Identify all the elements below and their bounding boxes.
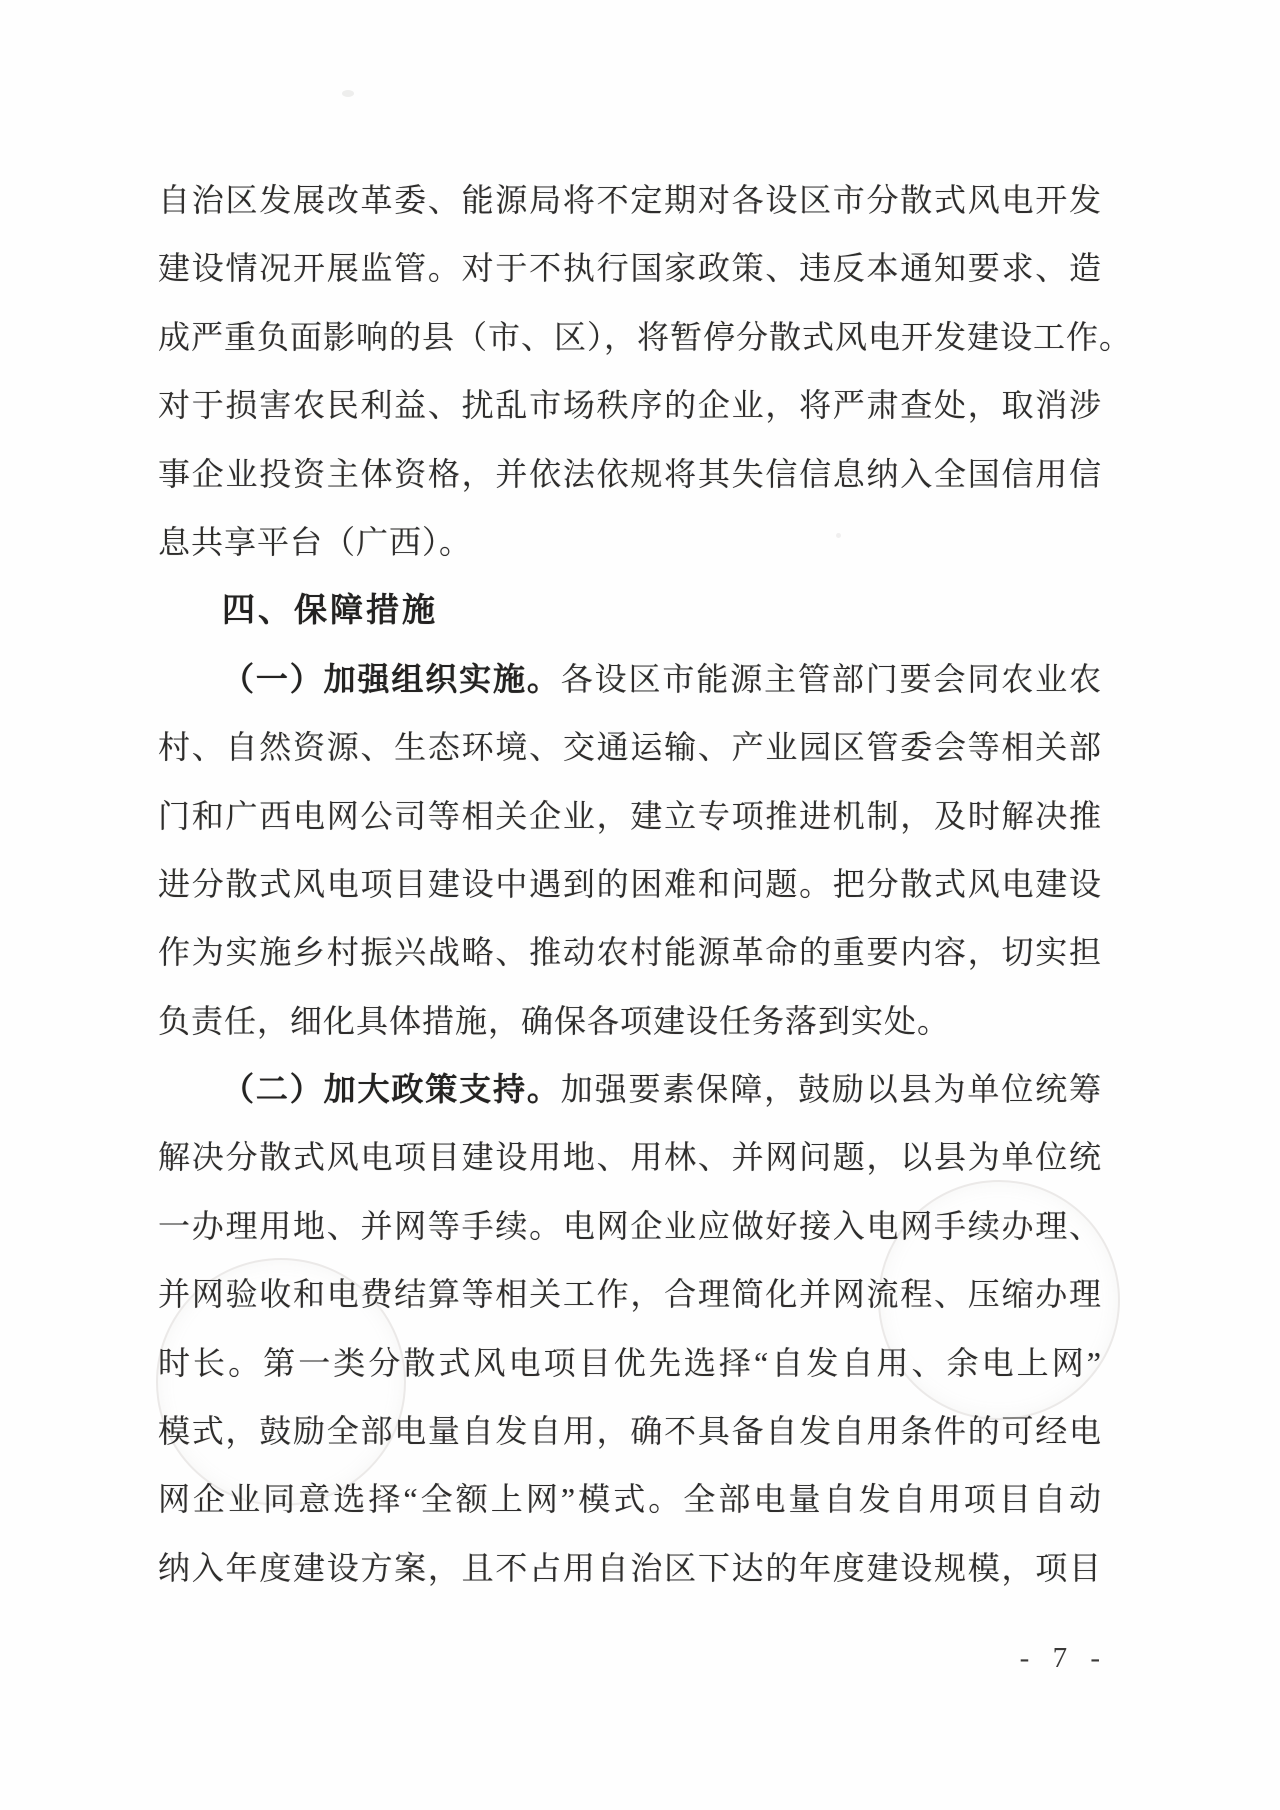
body-line: 门和广西电网公司等相关企业，建立专项推进机制，及时解决推 — [158, 782, 1102, 850]
paragraph-lead-rest: 各设区市能源主管部门要会同农业农 — [561, 661, 1102, 697]
body-line: 网企业同意选择“全额上网”模式。全部电量自发自用项目自动 — [158, 1465, 1102, 1533]
body-line: 进分散式风电项目建设中遇到的困难和问题。把分散式风电建设 — [158, 850, 1102, 918]
body-line: 事企业投资主体资格，并依法依规将其失信信息纳入全国信用信 — [158, 440, 1102, 508]
body-line: 息共享平台（广西）。 — [158, 508, 1102, 576]
paragraph-lead-rest: 加强要素保障，鼓励以县为单位统筹 — [561, 1071, 1102, 1107]
section-heading: 四、保障措施 — [158, 576, 1102, 644]
scan-speck — [342, 90, 354, 97]
body-line: 时长。第一类分散式风电项目优先选择“自发自用、余电上网” — [158, 1329, 1102, 1397]
body-line: （二）加大政策支持。加强要素保障，鼓励以县为单位统筹 — [158, 1055, 1102, 1123]
body-line: （一）加强组织实施。各设区市能源主管部门要会同农业农 — [158, 645, 1102, 713]
body-line: 村、自然资源、生态环境、交通运输、产业园区管委会等相关部 — [158, 713, 1102, 781]
body-line: 建设情况开展监管。对于不执行国家政策、违反本通知要求、造 — [158, 234, 1102, 302]
body-line: 负责任，细化具体措施，确保各项建设任务落到实处。 — [158, 987, 1102, 1055]
body-line: 成严重负面影响的县（市、区），将暂停分散式风电开发建设工作。 — [158, 303, 1102, 371]
body-line: 解决分散式风电项目建设用地、用林、并网问题，以县为单位统 — [158, 1123, 1102, 1191]
body-line: 并网验收和电费结算等相关工作，合理简化并网流程、压缩办理 — [158, 1260, 1102, 1328]
page-number: - 7 - — [1020, 1642, 1108, 1675]
scanned-document-page: 自治区发展改革委、能源局将不定期对各设区市分散式风电开发 建设情况开展监管。对于… — [0, 0, 1280, 1810]
body-line: 模式，鼓励全部电量自发自用，确不具备自发自用条件的可经电 — [158, 1397, 1102, 1465]
body-line: 对于损害农民利益、扰乱市场秩序的企业，将严肃查处，取消涉 — [158, 371, 1102, 439]
body-line: 作为实施乡村振兴战略、推动农村能源革命的重要内容，切实担 — [158, 918, 1102, 986]
document-text-block: 自治区发展改革委、能源局将不定期对各设区市分散式风电开发 建设情况开展监管。对于… — [158, 166, 1102, 1602]
paragraph-lead: （二）加大政策支持。 — [222, 1071, 561, 1107]
body-line: 纳入年度建设方案，且不占用自治区下达的年度建设规模，项目 — [158, 1534, 1102, 1602]
paragraph-lead: （一）加强组织实施。 — [222, 661, 561, 697]
body-line: 自治区发展改革委、能源局将不定期对各设区市分散式风电开发 — [158, 166, 1102, 234]
body-line: 一办理用地、并网等手续。电网企业应做好接入电网手续办理、 — [158, 1192, 1102, 1260]
